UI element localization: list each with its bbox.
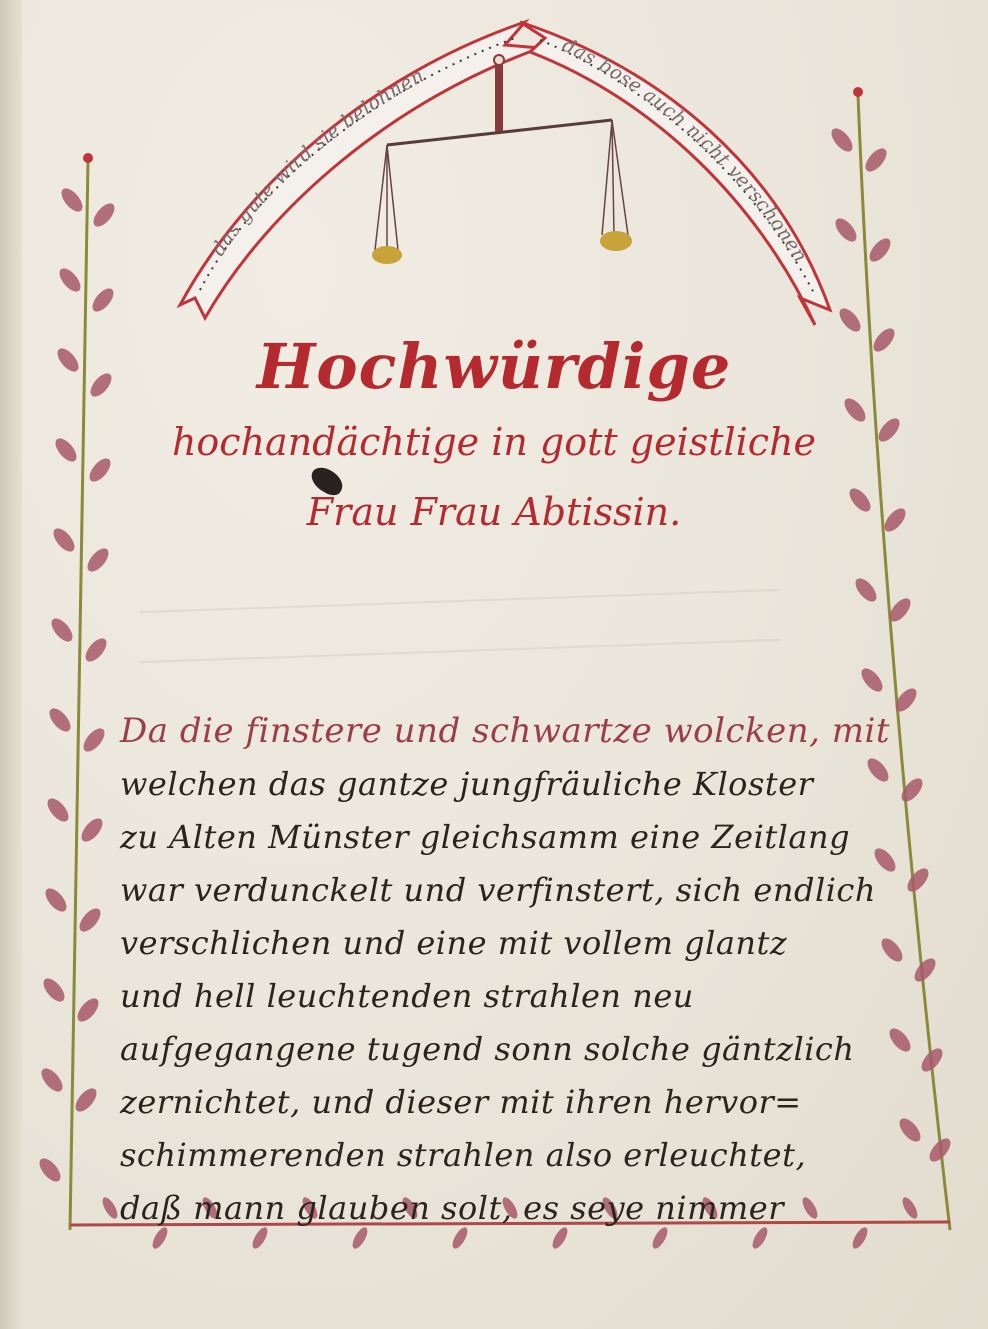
manuscript-page: das gute wird sie belohnen das böse auch…: [0, 0, 988, 1329]
letter-body: Da die finstere und schwartze wolcken, m…: [120, 705, 910, 1235]
body-line: aufgegangene tugend sonn solche gäntzlic…: [120, 1023, 910, 1076]
banner-left: [180, 22, 540, 318]
body-line: und hell leuchtenden strahlen neu: [120, 970, 910, 1023]
banner-right: [520, 22, 830, 325]
body-line: Da die finstere und schwartze wolcken, m…: [120, 705, 910, 758]
body-line: zernichtet, und dieser mit ihren hervor=: [120, 1076, 910, 1129]
title-line-2: hochandächtige in gott geistliche: [0, 420, 988, 464]
body-line: verschlichen und eine mit vollem glantz: [120, 917, 910, 970]
left-vine-border: [70, 160, 88, 1230]
body-line: war verdunckelt und verfinstert, sich en…: [120, 864, 910, 917]
body-line: zu Alten Münster gleichsamm eine Zeitlan…: [120, 811, 910, 864]
body-line: daß mann glauben solt, es seye nimmer: [120, 1182, 910, 1235]
body-line: schimmerenden strahlen also erleuchtet,: [120, 1129, 910, 1182]
title-line-1: Hochwürdige: [0, 330, 988, 403]
body-line: welchen das gantze jungfräuliche Kloster: [120, 758, 910, 811]
title-line-3: Frau Frau Abtissin.: [0, 490, 988, 534]
